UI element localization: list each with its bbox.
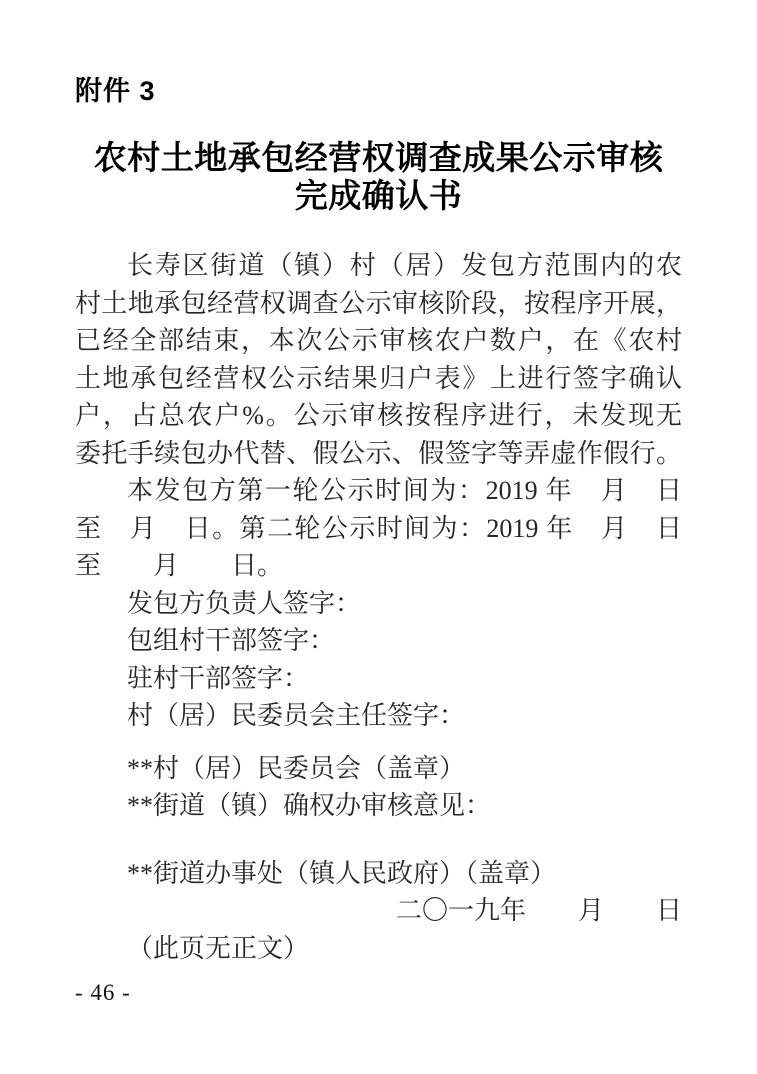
stamp-line-street-review-opinion: **街道（镇）确权办审核意见： (75, 787, 682, 825)
title-line-2: 完成确认书 (75, 178, 682, 216)
signature-line-committee-director: 村（居）民委员会主任签字： (75, 697, 682, 735)
stamp-line-village-committee: **村（居）民委员会（盖章） (75, 750, 682, 788)
signature-line-resident-cadre: 驻村干部签字： (75, 660, 682, 698)
signature-line-contractor: 发包方负责人签字： (75, 585, 682, 623)
document-body: 长寿区街道（镇）村（居）发包方范围内的农 村土地承包经营权调查公示审核阶段，按程… (75, 247, 682, 967)
para1-line-6: 委托手续包办代替、假公示、假签字等弄虚作假行。 (75, 435, 682, 473)
para1-line-2: 村土地承包经营权调查公示审核阶段，按程序开展， (75, 285, 682, 323)
signature-line-village-cadre: 包组村干部签字： (75, 622, 682, 660)
spacer (75, 825, 682, 855)
para1-line-4: 土地承包经营权公示结果归户表》上进行签字确认 (75, 360, 682, 398)
no-body-text-note: （此页无正文） (75, 930, 682, 968)
attachment-label: 附件 3 (75, 0, 682, 106)
para2-line-3: 至 月 日。 (75, 547, 682, 585)
document-content: 附件 3 农村土地承包经营权调查成果公示审核 完成确认书 长寿区街道（镇）村（居… (0, 0, 757, 967)
title-line-1: 农村土地承包经营权调查成果公示审核 (75, 140, 682, 178)
page-number: - 46 - (75, 980, 131, 1006)
date-line: 二〇一九年 月 日 (75, 892, 682, 930)
document-page: 附件 3 农村土地承包经营权调查成果公示审核 完成确认书 长寿区街道（镇）村（居… (0, 0, 757, 1074)
para1-line-5: 户，占总农户%。公示审核按程序进行，未发现无 (75, 397, 682, 435)
document-title: 农村土地承包经营权调查成果公示审核 完成确认书 (75, 140, 682, 216)
para1-line-1: 长寿区街道（镇）村（居）发包方范围内的农 (75, 247, 682, 285)
para2-line-1: 本发包方第一轮公示时间为：2019 年 月 日 (75, 472, 682, 510)
stamp-line-street-office: **街道办事处（镇人民政府）（盖章） (75, 855, 682, 893)
spacer (75, 735, 682, 750)
para2-line-2: 至 月 日。第二轮公示时间为：2019 年 月 日 (75, 510, 682, 548)
para1-line-3: 已经全部结束，本次公示审核农户数户，在《农村 (75, 322, 682, 360)
